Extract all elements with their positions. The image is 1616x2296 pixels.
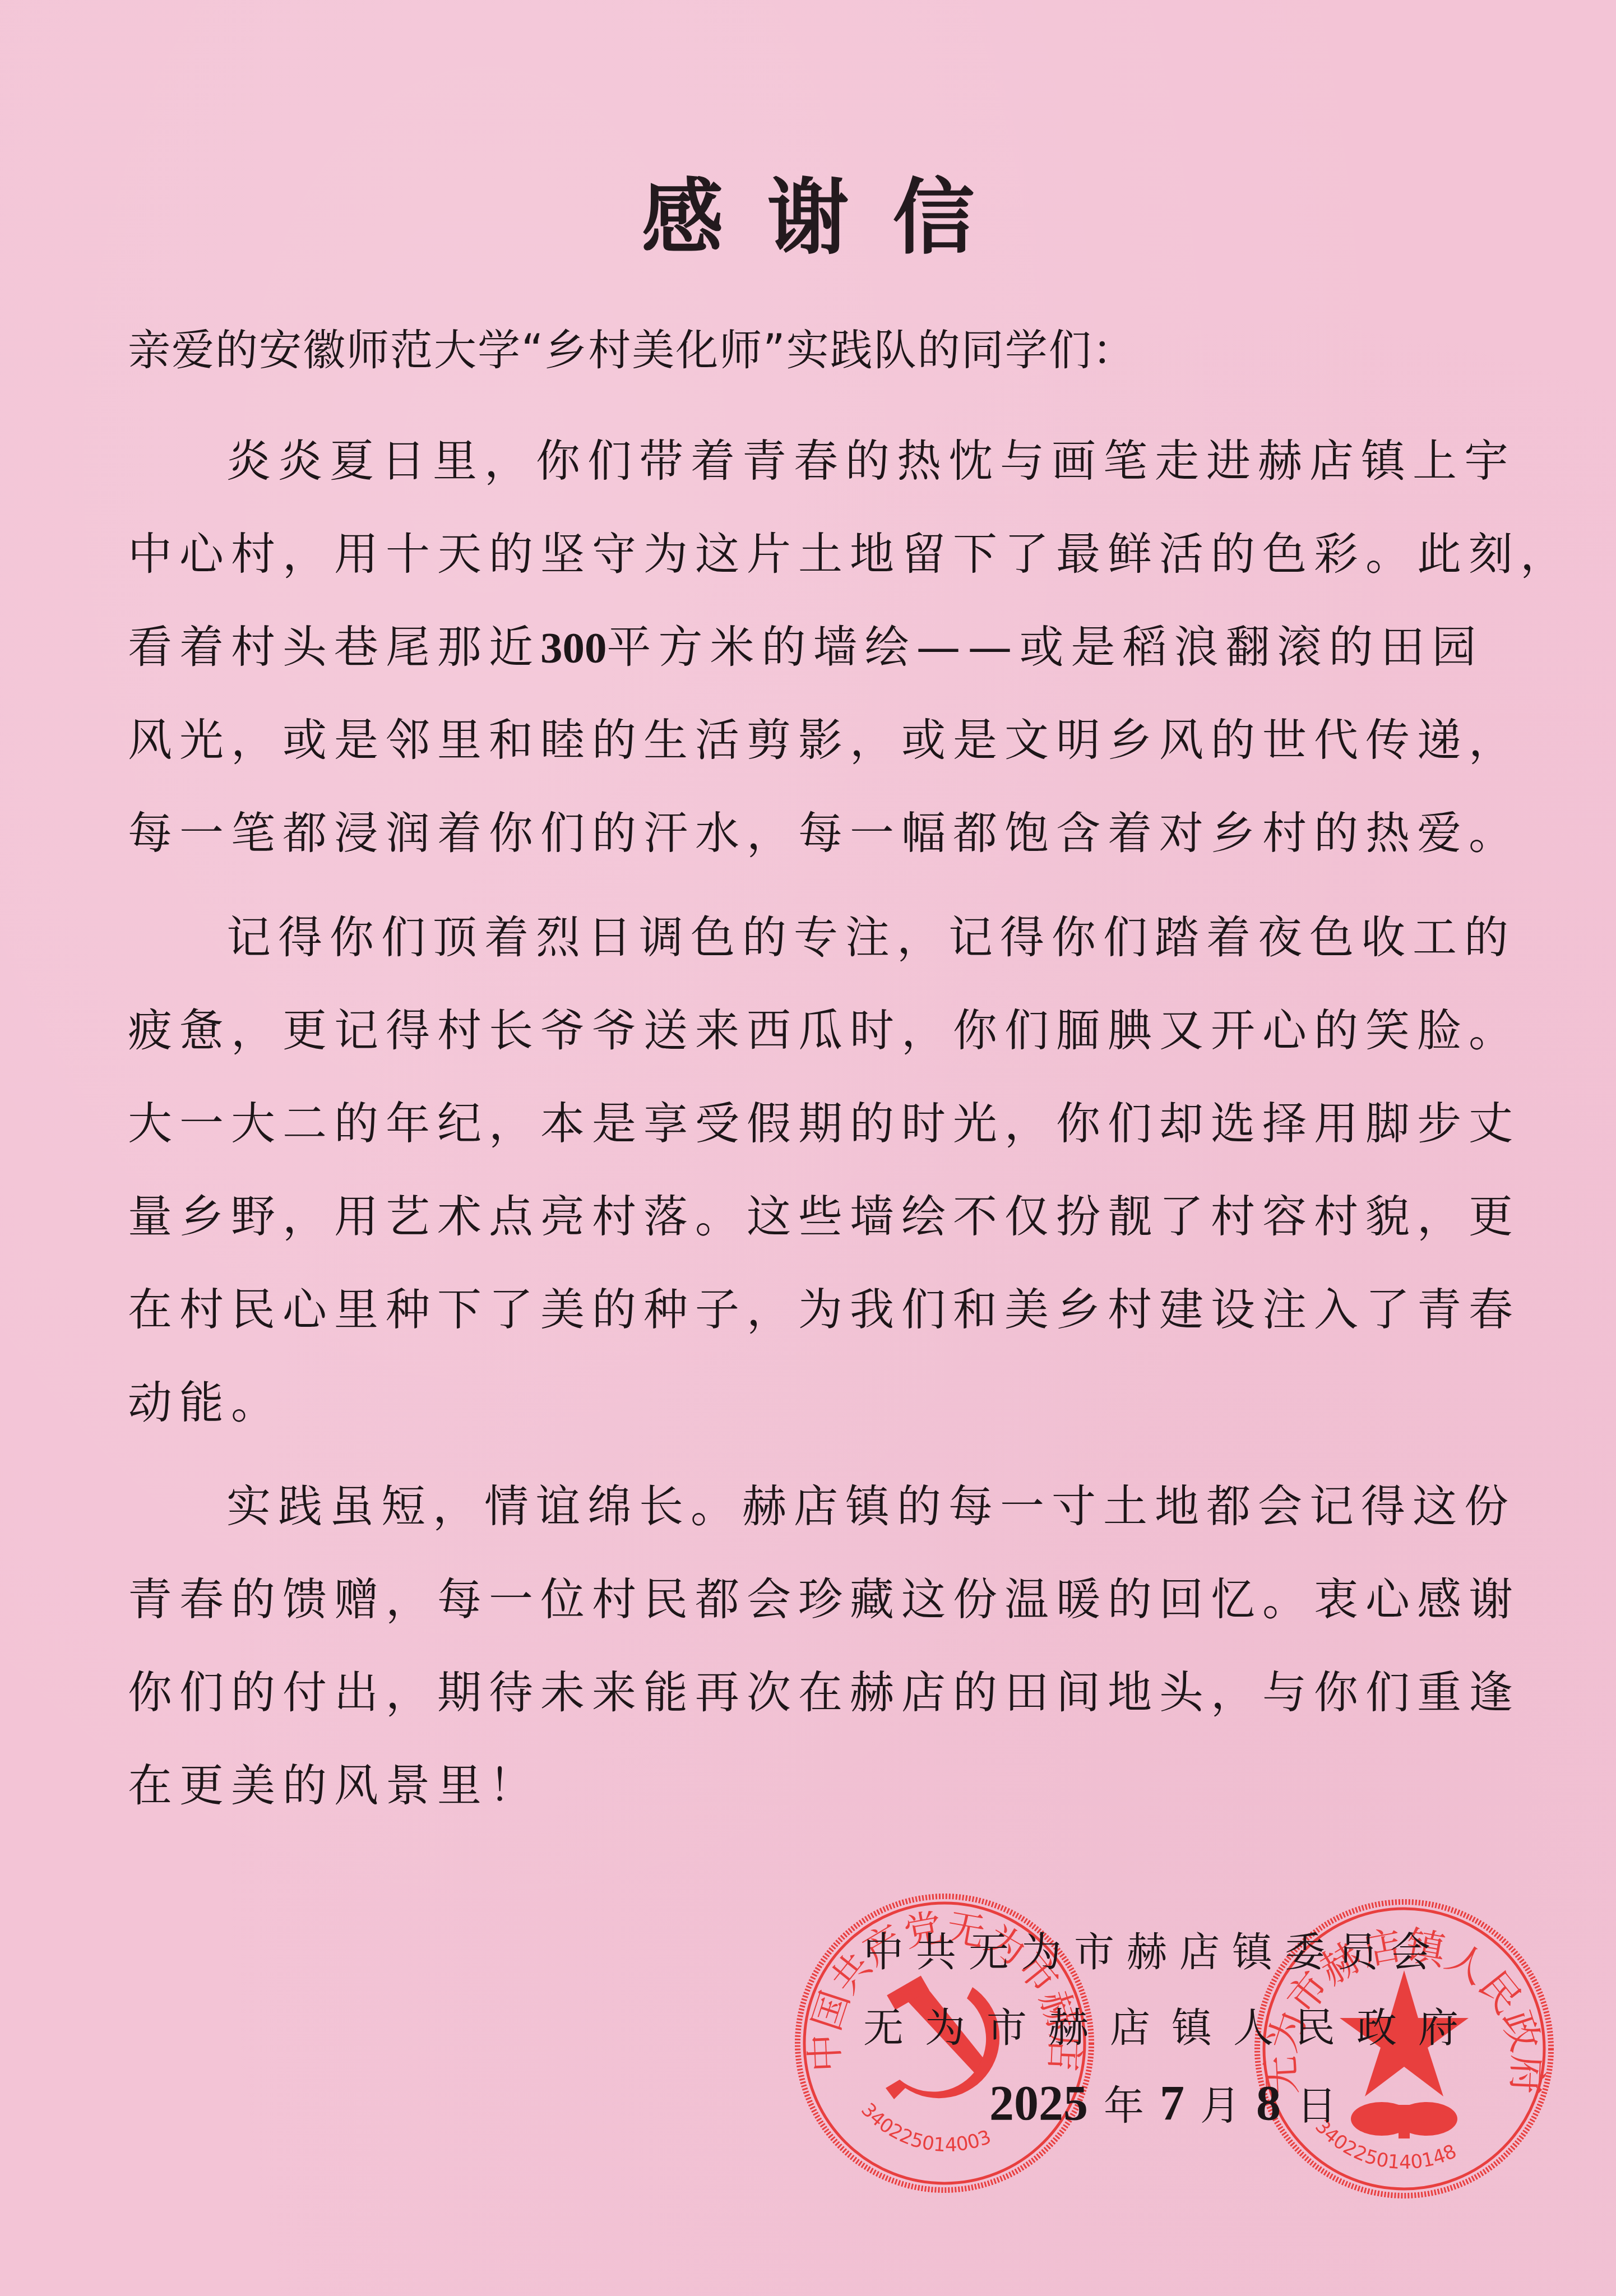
signatory-party-committee: 中共无为市赫店镇委员会 — [863, 1914, 1508, 1990]
paragraph-line: 风光，或是邻里和睦的生活剪影，或是文明乡风的世代传递， — [128, 694, 1490, 787]
date-year-unit: 年 — [1088, 2082, 1160, 2129]
paragraph-line: 动能。 — [128, 1357, 1490, 1450]
date-year: 2025 — [989, 2076, 1088, 2131]
paragraph-line: 疲惫，更记得村长爷爷送来西瓜时，你们腼腆又开心的笑脸。 — [128, 984, 1490, 1077]
paragraph-line: 在村民心里种下了美的种子，为我们和美乡村建设注入了青春 — [128, 1263, 1490, 1357]
text-fragment: 看着村头巷尾那近 — [128, 622, 540, 673]
paragraph-3: 实践虽短，情谊绵长。赫店镇的每一寸土地都会记得这份 青春的馈赠，每一位村民都会珍… — [128, 1460, 1490, 1832]
date-day: 8 — [1256, 2076, 1281, 2131]
paragraph-line: 实践虽短，情谊绵长。赫店镇的每一寸土地都会记得这份 — [128, 1460, 1490, 1553]
paragraph-line: 看着村头巷尾那近300平方米的墙绘——或是稻浪翻滚的田园 — [128, 601, 1490, 694]
date-month-unit: 月 — [1184, 2082, 1256, 2129]
signatory-government: 无为市赫店镇人民政府 — [863, 1990, 1508, 2066]
paragraph-1: 炎炎夏日里，你们带着青春的热忱与画笔走进赫店镇上宇 中心村，用十天的坚守为这片土… — [128, 415, 1490, 880]
paragraph-line: 你们的付出，期待未来能再次在赫店的田间地头，与你们重逢 — [128, 1646, 1490, 1739]
paragraph-line: 量乡野，用艺术点亮村落。这些墙绘不仅扮靓了村容村貌，更 — [128, 1170, 1490, 1263]
paragraph-line: 大一大二的年纪，本是享受假期的时光，你们却选择用脚步丈 — [128, 1077, 1490, 1170]
paragraph-line: 记得你们顶着烈日调色的专注，记得你们踏着夜色收工的 — [128, 891, 1490, 984]
paragraph-line: 每一笔都浸润着你们的汗水，每一幅都饱含着对乡村的热爱。 — [128, 787, 1490, 880]
date-month: 7 — [1160, 2076, 1184, 2131]
letter-date: 2025年7月8日 — [863, 2066, 1508, 2141]
paragraph-line: 炎炎夏日里，你们带着青春的热忱与画笔走进赫店镇上宇 — [128, 415, 1490, 508]
paragraph-line: 在更美的风景里！ — [128, 1739, 1490, 1832]
paragraph-line: 青春的馈赠，每一位村民都会珍藏这份温暖的回忆。衷心感谢 — [128, 1553, 1490, 1646]
signature-block: 中共无为市赫店镇委员会 无为市赫店镇人民政府 2025年7月8日 — [863, 1914, 1508, 2141]
letter-title: 感谢信 — [0, 151, 1616, 269]
salutation: 亲爱的安徽师范大学“乡村美化师”实践队的同学们： — [128, 325, 1136, 376]
paragraph-2: 记得你们顶着烈日调色的专注，记得你们踏着夜色收工的 疲惫，更记得村长爷爷送来西瓜… — [128, 891, 1490, 1450]
area-number: 300 — [540, 624, 607, 673]
paragraph-line: 中心村，用十天的坚守为这片土地留下了最鲜活的色彩。此刻， — [128, 508, 1490, 601]
date-day-unit: 日 — [1281, 2082, 1353, 2129]
text-fragment: 平方米的墙绘——或是稻浪翻滚的田园 — [607, 622, 1484, 673]
